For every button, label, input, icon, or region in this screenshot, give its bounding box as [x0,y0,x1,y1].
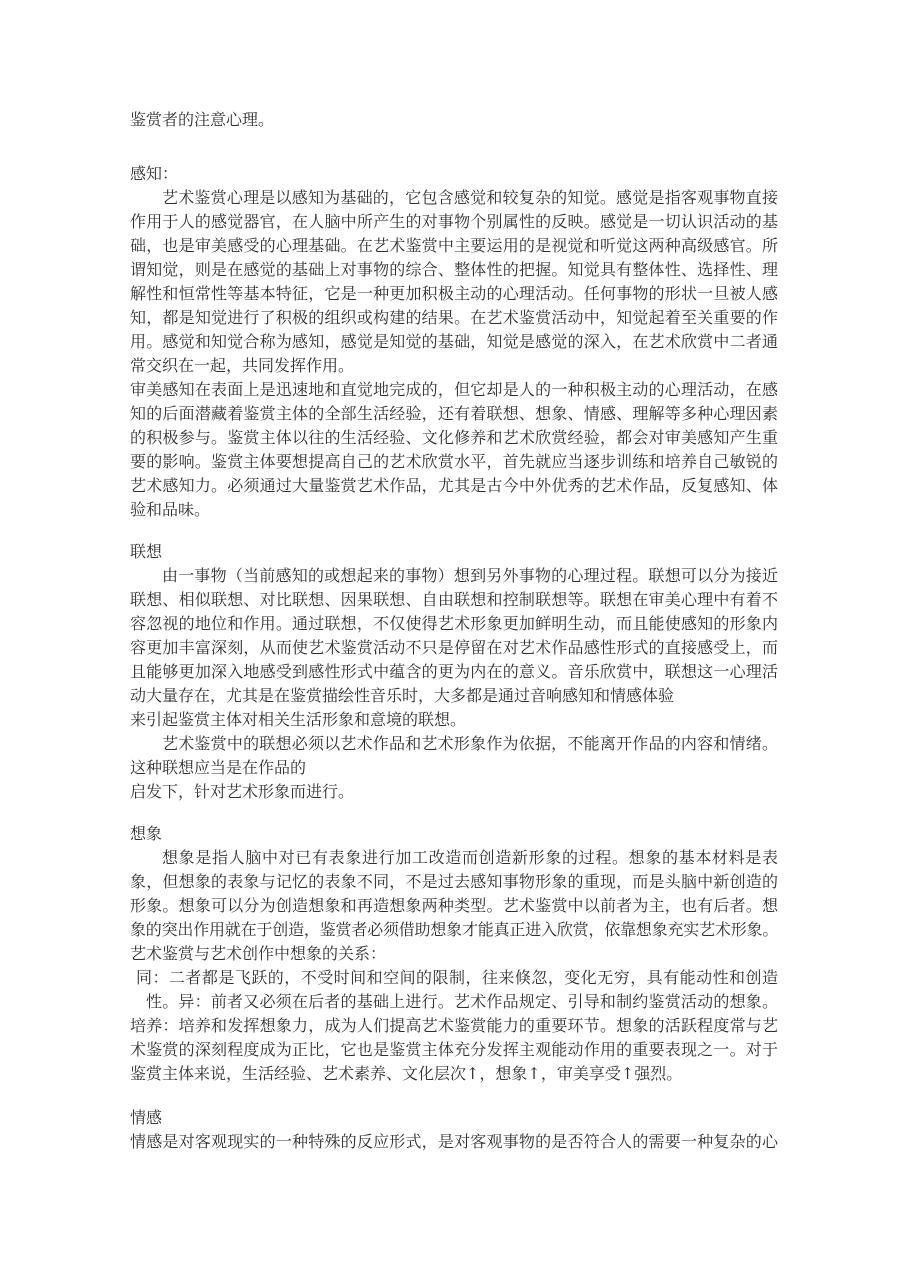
intro-line: 鉴赏者的注意心理。 [130,108,778,132]
text-line: 启发下，针对艺术形象而进行。 [130,780,778,804]
section-imagination: 想象 想象是指人脑中对已有表象进行加工改造而创造新形象的过程。想象的基本材料是表… [130,822,778,1086]
section-association-heading: 联想 [130,540,778,564]
text-line: 容忽视的地位和作用。通过联想，不仅使得艺术形象更加鲜明生动，而且能使感知的形象内 [130,612,778,636]
text-line: 同：二者都是飞跃的，不受时间和空间的限制，往来倏忽，变化无穷，具有能动性和创造 [130,966,778,990]
text-line: 且能够更加深入地感受到感性形式中蕴含的更为内在的意义。音乐欣赏中，联想这一心理活 [130,660,778,684]
section-perception: 感知： 艺术鉴赏心理是以感知为基础的，它包含感觉和较复杂的知觉。感觉是指客观事物… [130,162,778,522]
text-line: 知的后面潜藏着鉴赏主体的全部生活经验，还有着联想、想象、情感、理解等多种心理因素 [130,402,778,426]
text-line: 解性和恒常性等基本特征，它是一种更加积极主动的心理活动。任何事物的形状一旦被人感 [130,282,778,306]
text-line: 艺术鉴赏与艺术创作中想象的关系： [130,942,778,966]
text-line: 由一事物（当前感知的或想起来的事物）想到另外事物的心理过程。联想可以分为接近 [130,564,778,588]
text-line: 谓知觉，则是在感觉的基础上对事物的综合、整体性的把握。知觉具有整体性、选择性、理 [130,258,778,282]
text-line: 艺术感知力。必须通过大量鉴赏艺术作品，尤其是古今中外优秀的艺术作品，反复感知、体 [130,474,778,498]
text-line: 想象是指人脑中对已有表象进行加工改造而创造新形象的过程。想象的基本材料是表 [130,846,778,870]
text-line: 要的影响。鉴赏主体要想提高自己的艺术欣赏水平，首先就应当逐步训练和培养自己敏锐的 [130,450,778,474]
text-line: 培养：培养和发挥想象力，成为人们提高艺术鉴赏能力的重要环节。想象的活跃程度常与艺 [130,1014,778,1038]
text-line: 鉴赏主体来说，生活经验、艺术素养、文化层次↑，想象↑，审美享受↑强烈。 [130,1062,778,1086]
text-line: 艺术鉴赏中的联想必须以艺术作品和艺术形象作为依据，不能离开作品的内容和情绪。 [130,732,778,756]
text-line: 形象。想象可以分为创造想象和再造想象两种类型。艺术鉴赏中以前者为主，也有后者。想 [130,894,778,918]
text-line: 知，都是知觉进行了积极的组织或构建的结果。在艺术鉴赏活动中，知觉起着至关重要的作 [130,306,778,330]
document-content: 鉴赏者的注意心理。 感知： 艺术鉴赏心理是以感知为基础的，它包含感觉和较复杂的知… [130,108,778,1154]
text-line: 作用于人的感觉器官，在人脑中所产生的对事物个别属性的反映。感觉是一切认识活动的基 [130,210,778,234]
text-line: 动大量存在，尤其是在鉴赏描绘性音乐时，大多都是通过音响感知和情感体验 [130,684,778,708]
section-perception-heading: 感知： [130,162,778,186]
text-line: 础，也是审美感受的心理基础。在艺术鉴赏中主要运用的是视觉和听觉这两种高级感官。所 [130,234,778,258]
text-line: 验和品味。 [130,498,778,522]
text-line: 性。异：前者又必须在后者的基础上进行。艺术作品规定、引导和制约鉴赏活动的想象。 [130,990,778,1014]
text-line: 联想、相似联想、对比联想、因果联想、自由联想和控制联想等。联想在审美心理中有着不 [130,588,778,612]
section-emotion: 情感 情感是对客观现实的一种特殊的反应形式，是对客观事物的是否符合人的需要一种复… [130,1106,778,1154]
text-line: 象，但想象的表象与记忆的表象不同，不是过去感知事物形象的重现，而是头脑中新创造的 [130,870,778,894]
section-emotion-heading: 情感 [130,1106,778,1130]
text-line: 容更加丰富深刻，从而使艺术鉴赏活动不只是停留在对艺术作品感性形式的直接感受上，而 [130,636,778,660]
text-line: 常交织在一起，共同发挥作用。 [130,354,778,378]
text-line: 来引起鉴赏主体对相关生活形象和意境的联想。 [130,708,778,732]
text-line: 用。感觉和知觉合称为感知，感觉是知觉的基础，知觉是感觉的深入，在艺术欣赏中二者通 [130,330,778,354]
section-association: 联想 由一事物（当前感知的或想起来的事物）想到另外事物的心理过程。联想可以分为接… [130,540,778,804]
text-line: 艺术鉴赏心理是以感知为基础的，它包含感觉和较复杂的知觉。感觉是指客观事物直接 [130,186,778,210]
document-page: 鉴赏者的注意心理。 感知： 艺术鉴赏心理是以感知为基础的，它包含感觉和较复杂的知… [0,0,900,1272]
text-line: 的积极参与。鉴赏主体以往的生活经验、文化修养和艺术欣赏经验，都会对审美感知产生重 [130,426,778,450]
text-line: 术鉴赏的深刻程度成为正比，它也是鉴赏主体充分发挥主观能动作用的重要表现之一。对于 [130,1038,778,1062]
text-line: 审美感知在表面上是迅速地和直觉地完成的，但它却是人的一种积极主动的心理活动，在感 [130,378,778,402]
text-line: 象的突出作用就在于创造，鉴赏者必须借助想象才能真正进入欣赏，依靠想象充实艺术形象… [130,918,778,942]
text-line: 这种联想应当是在作品的 [130,756,778,780]
section-imagination-heading: 想象 [130,822,778,846]
text-line: 情感是对客观现实的一种特殊的反应形式，是对客观事物的是否符合人的需要一种复杂的心 [130,1130,778,1154]
